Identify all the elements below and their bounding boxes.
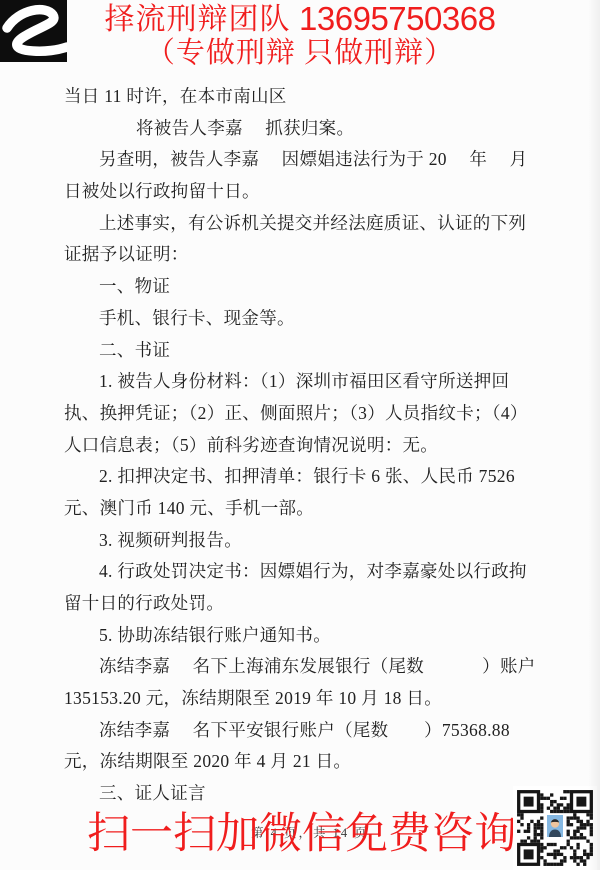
document-line: 2. 扣押决定书、扣押清单：银行卡 6 张、人民币 7526 xyxy=(64,461,550,493)
ad-banner-top: 择流刑辩团队 13695750368 （专做刑辩 只做刑辩） xyxy=(0,1,600,69)
document-line: 执、换押凭证；（2）正、侧面照片；（3）人员指纹卡；（4） xyxy=(64,398,550,430)
document-line: 日被处以行政拘留十日。 xyxy=(64,176,550,208)
document-line: 5. 协助冻结银行账户通知书。 xyxy=(64,620,550,652)
document-line: 二、书证 xyxy=(64,335,550,367)
document-line: 冻结李嘉 名下上海浦东发展银行（尾数 ）账户 xyxy=(64,651,550,683)
document-line: 3. 视频研判报告。 xyxy=(64,525,550,557)
document-line: 135153.20 元，冻结期限至 2019 年 10 月 18 日。 xyxy=(64,683,550,715)
document-line: 上述事实，有公诉机关提交并经法庭质证、认证的下列 xyxy=(64,208,550,240)
ad-headline: 择流刑辩团队 13695750368 xyxy=(0,1,600,37)
scanned-document-page: 择流刑辩团队 13695750368 （专做刑辩 只做刑辩） 当日 11 时许，… xyxy=(0,0,600,870)
ad-banner-bottom: 扫一扫加微信免费咨询 xyxy=(87,810,517,859)
document-line: 当日 11 时许，在本市南山区 xyxy=(64,81,550,113)
document-line: 留十日的行政处罚。 xyxy=(64,588,550,620)
document-line: 将被告人李嘉 抓获归案。 xyxy=(64,113,550,145)
document-line: 元、澳门币 140 元、手机一部。 xyxy=(64,493,550,525)
document-line: 冻结李嘉 名下平安银行账户（尾数 ）75368.88 xyxy=(64,715,550,747)
document-line: 三、证人证言 xyxy=(64,778,550,810)
ad-tagline: （专做刑辩 只做刑辩） xyxy=(0,38,600,69)
scan-shadow-right xyxy=(588,0,600,870)
document-line: 另查明，被告人李嘉 因嫖娼违法行为于 20 年 月 xyxy=(64,144,550,176)
wechat-qr-code xyxy=(513,786,597,870)
document-line: 手机、银行卡、现金等。 xyxy=(64,303,550,335)
document-line: 4. 行政处罚决定书：因嫖娼行为，对李嘉豪处以行政拘 xyxy=(64,556,550,588)
phone-number: 13695750368 xyxy=(299,0,495,37)
document-line: 元，冻结期限至 2020 年 4 月 21 日。 xyxy=(64,746,550,778)
team-name: 择流刑辩团队 xyxy=(105,3,291,36)
document-line: 一、物证 xyxy=(64,271,550,303)
document-line: 1. 被告人身份材料：（1）深圳市福田区看守所送押回 xyxy=(64,366,550,398)
document-line: 人口信息表；（5）前科劣迹查询情况说明：无。 xyxy=(64,430,550,462)
document-line: 证据予以证明： xyxy=(64,239,550,271)
document-lines: 当日 11 时许，在本市南山区将被告人李嘉 抓获归案。另查明，被告人李嘉 因嫖娼… xyxy=(64,81,550,810)
